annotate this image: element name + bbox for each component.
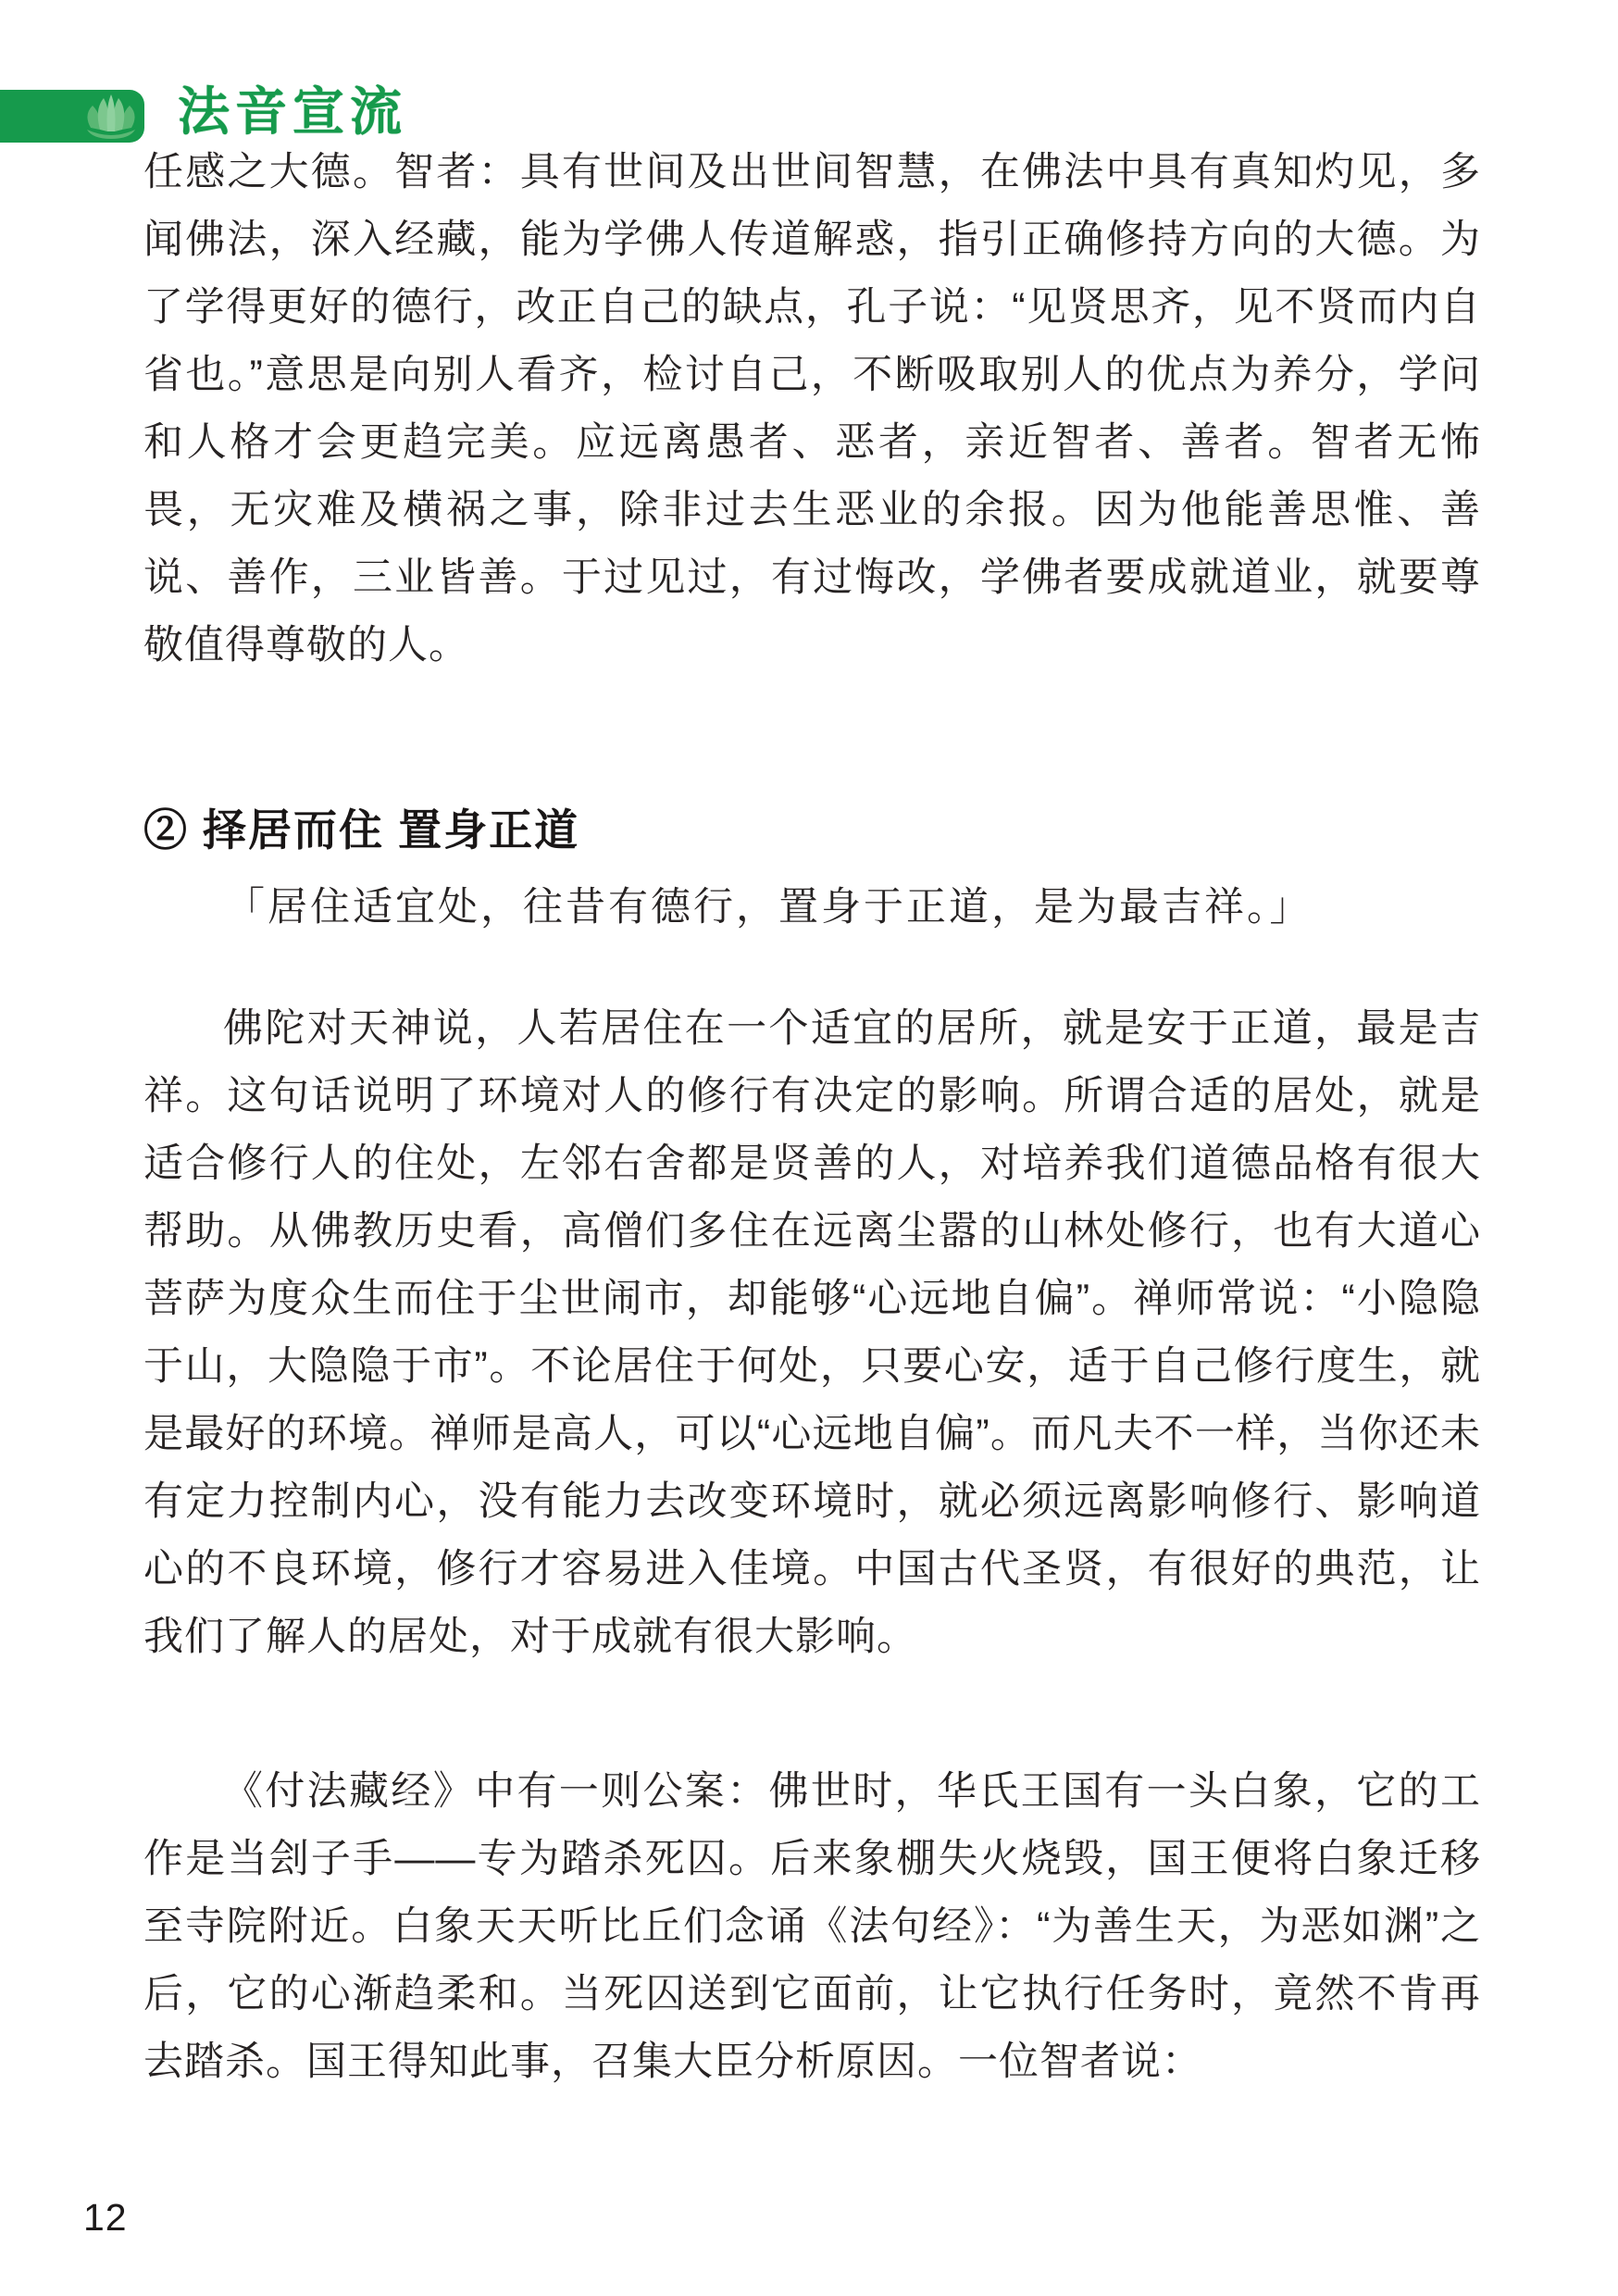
brand-title: 法音宣流 — [178, 81, 407, 143]
paragraph-continuation: 任感之大德。智者：具有世间及出世间智慧，在佛法中具有真知灼见，多闻佛法，深入经藏… — [143, 139, 1481, 680]
magazine-page: 法音宣流 任感之大德。智者：具有世间及出世间智慧，在佛法中具有真知灼见，多闻佛法… — [0, 0, 1618, 2296]
article-body: 任感之大德。智者：具有世间及出世间智慧，在佛法中具有真知灼见，多闻佛法，深入经藏… — [143, 139, 1481, 2096]
verse-quote: 「居住适宜处，往昔有德行，置身于正道，是为最吉祥。」 — [143, 874, 1481, 942]
section-heading: ② 择居而住 置身正道 — [143, 802, 1481, 859]
brand-bar — [0, 90, 144, 143]
paragraph-white-elephant-story: 《付法藏经》中有一则公案：佛世时，华氏王国有一头白象，它的工作是当刽子手——专为… — [143, 1758, 1481, 2096]
page-number: 12 — [83, 2196, 128, 2240]
lotus-icon — [81, 93, 141, 141]
paragraph-buddha-teaching: 佛陀对天神说，人若居住在一个适宜的居所，就是安于正道，最是吉祥。这句话说明了环境… — [143, 995, 1481, 1671]
